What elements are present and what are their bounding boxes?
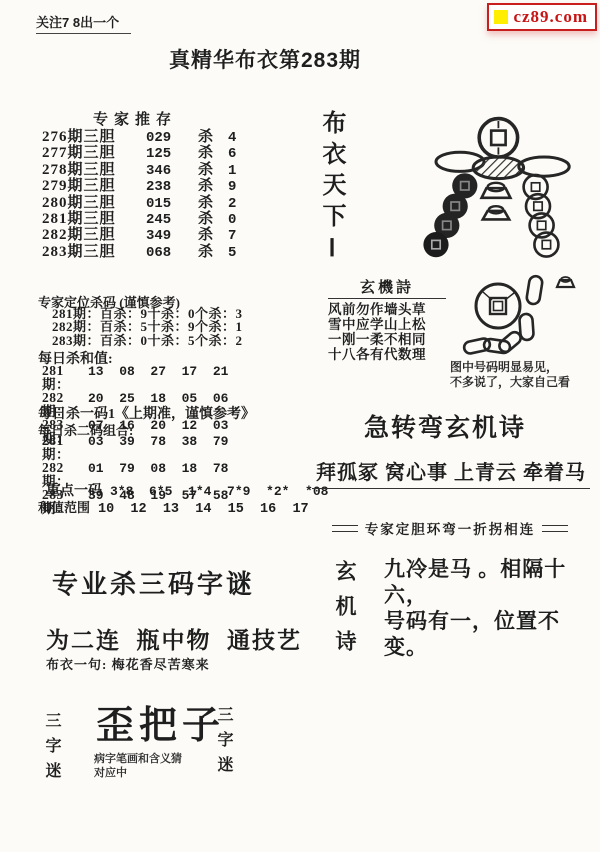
capsule-icon <box>526 275 543 305</box>
killpos-row: 281期：百杀：9十杀：0个杀：3 <box>52 307 243 320</box>
expert-row: 282期三胆349杀7 <box>42 228 236 244</box>
expert-list-title: 专家推存 <box>60 108 210 129</box>
xuanji2-line: 号码有一，位置不变。 <box>384 608 600 660</box>
hatched-oval-icon <box>473 157 523 179</box>
ingot-icon <box>483 206 509 219</box>
lottery-sheet-page: 关注7 8出一个 cz89.com 真精华布衣第283期 专家推存 276期三胆… <box>0 0 600 852</box>
killpos-list: 281期：百杀：9十杀：0个杀：3 282期：百杀：5十杀：9个杀：1 283期… <box>52 307 243 347</box>
badge-square-icon <box>494 10 508 24</box>
banner-text: 专家定胆环弯一折拐相连 <box>365 518 536 538</box>
top-note: 关注7 8出一个 <box>36 12 131 34</box>
expert-list: 276期三胆029杀4 277期三胆125杀6 278期三胆346杀1 279期… <box>42 130 236 261</box>
daily-sum-row: 281期：13 08 27 17 21 <box>42 364 228 391</box>
square-hole-coin-icon <box>476 284 520 328</box>
expert-banner: 专家定胆环弯一折拐相连 <box>310 518 590 538</box>
three-char-riddle-left: 三字迷 <box>40 712 63 787</box>
expert-row: 276期三胆029杀4 <box>42 130 236 146</box>
plain-oval-icon <box>519 157 569 176</box>
capsule-icon <box>463 337 491 354</box>
banner-dash-right-icon <box>542 525 568 532</box>
poem-line: 雪中应学山上松 <box>328 317 446 332</box>
expert-row: 277期三胆125杀6 <box>42 146 236 162</box>
xuanji-poem-box: 玄機詩 风前勿作墙头草 雪中应学山上松 一刚一柔不相同 十八各有代数理 <box>328 276 446 362</box>
riddle-hint-note: 病字笔画和含义猜 对应中 <box>94 752 182 780</box>
xuanji-poem-title: 玄機詩 <box>328 276 446 299</box>
riddle-answer-word: 歪把子 <box>96 694 225 749</box>
dark-coin-icon <box>423 232 448 257</box>
poem-line: 十八各有代数理 <box>328 347 446 362</box>
coin-arrangement-figure <box>412 116 580 263</box>
sharp-turn-phrase: 拜孤冢 窝心事 上青云 牵着马 <box>312 456 590 489</box>
pro-kill-phrase: 为二连 瓶中物 通技艺 <box>46 622 302 655</box>
site-badge[interactable]: cz89.com <box>487 3 597 31</box>
site-badge-label: cz89.com <box>513 7 588 27</box>
sharp-turn-title: 急转弯玄机诗 <box>310 408 580 444</box>
expert-row: 281期三胆245杀0 <box>42 212 236 228</box>
expert-row: 280期三胆015杀2 <box>42 196 236 212</box>
banner-dash-left-icon <box>332 525 358 532</box>
buyi-sentence: 布衣一句: 梅花香尽苦寒来 <box>46 654 210 673</box>
killpos-row: 283期：百杀：0十杀：5个杀：2 <box>52 334 243 347</box>
expert-row: 283期三胆068杀5 <box>42 245 236 261</box>
expert-row: 279期三胆238杀9 <box>42 179 236 195</box>
sum-range-row: 和值范围 10 12 13 14 15 16 17 <box>38 497 309 517</box>
buyi-tianxia-title: 布衣天下Ⅰ <box>314 110 349 269</box>
ingot-icon <box>482 183 511 198</box>
ingot-icon <box>557 277 574 287</box>
three-char-riddle-right: 三字迷 <box>212 706 235 781</box>
poem-line: 风前勿作墙头草 <box>328 302 446 317</box>
expert-row: 278期三胆346杀1 <box>42 163 236 179</box>
coin-nine-figure <box>462 270 588 361</box>
xuanji2-line: 九冷是马 。相隔十六， <box>384 556 600 608</box>
square-hole-coin-icon <box>479 119 517 157</box>
xuanji2-text: 九冷是马 。相隔十六， 号码有一，位置不变。 <box>384 556 600 660</box>
figure-caption: 图中号码明显易见， 不多说了，大家自己看 <box>450 360 570 390</box>
pro-kill-title: 专业杀三码字谜 <box>52 564 255 601</box>
page-title: 真精华布衣第283期 <box>100 44 430 74</box>
killpos-row: 282期：百杀：5十杀：9个杀：1 <box>52 320 243 333</box>
xuanji2-vertical-title: 玄机诗 <box>330 560 360 665</box>
daily-two-row: 281期：03 39 78 38 79 <box>42 434 228 461</box>
poem-line: 一刚一柔不相同 <box>328 332 446 347</box>
